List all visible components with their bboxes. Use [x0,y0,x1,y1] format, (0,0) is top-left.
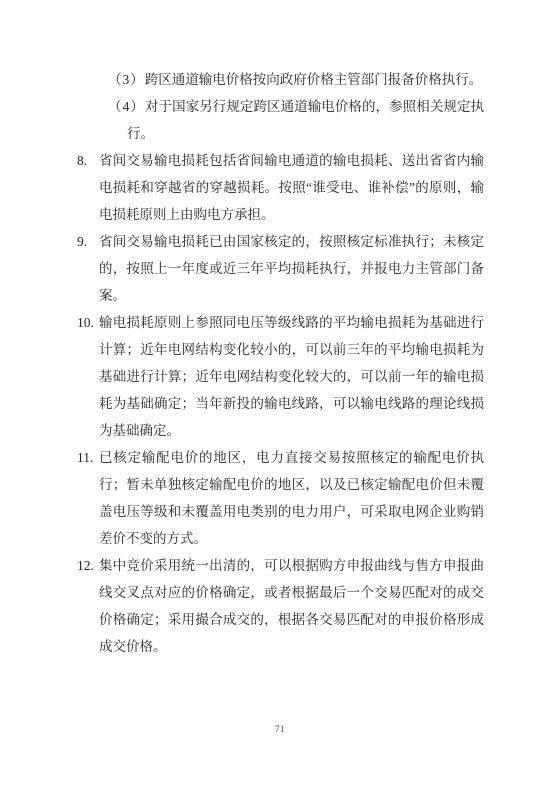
item-number: 9. [77,228,97,255]
subitem-marker: （4） [108,99,145,114]
list-subitem-3: （3）跨区通道输电价格按向政府价格主管部门报备价格执行。 [77,66,484,93]
item-number: 11. [77,444,97,471]
list-item-12: 12.集中竞价采用统一出清的，可以根据购方申报曲线与售方申报曲线交叉点对应的价格… [77,552,484,660]
item-text: 省间交易输电损耗已由国家核定的，按照核定标准执行；未核定的，按照上一年度或近三年… [99,234,484,303]
list-item-11: 11.已核定输配电价的地区，电力直接交易按照核定的输配电价执行；暂未单独核定输配… [77,444,484,552]
item-text: 集中竞价采用统一出清的，可以根据购方申报曲线与售方申报曲线交叉点对应的价格确定，… [99,558,484,654]
list-item-9: 9.省间交易输电损耗已由国家核定的，按照核定标准执行；未核定的，按照上一年度或近… [77,228,484,309]
page-number: 71 [0,724,560,734]
item-number: 8. [77,147,97,174]
list-item-10: 10.输电损耗原则上参照同电压等级线路的平均输电损耗为基础进行计算；近年电网结构… [77,309,484,444]
item-number: 10. [77,309,97,336]
subitem-text: 跨区通道输电价格按向政府价格主管部门报备价格执行。 [145,72,483,87]
item-number: 12. [77,552,97,579]
item-text: 已核定输配电价的地区，电力直接交易按照核定的输配电价执行；暂未单独核定输配电价的… [99,450,484,546]
document-page: （3）跨区通道输电价格按向政府价格主管部门报备价格执行。 （4）对于国家另行规定… [0,0,560,792]
item-text: 输电损耗原则上参照同电压等级线路的平均输电损耗为基础进行计算；近年电网结构变化较… [99,315,484,438]
page-body-text: （3）跨区通道输电价格按向政府价格主管部门报备价格执行。 （4）对于国家另行规定… [77,66,484,660]
list-subitem-4: （4）对于国家另行规定跨区通道输电价格的，参照相关规定执行。 [77,93,484,147]
subitem-text: 对于国家另行规定跨区通道输电价格的，参照相关规定执行。 [127,99,484,141]
subitem-marker: （3） [108,72,145,87]
item-text: 省间交易输电损耗包括省间输电通道的输电损耗、送出省省内输电损耗和穿越省的穿越损耗… [99,153,484,222]
list-item-8: 8.省间交易输电损耗包括省间输电通道的输电损耗、送出省省内输电损耗和穿越省的穿越… [77,147,484,228]
